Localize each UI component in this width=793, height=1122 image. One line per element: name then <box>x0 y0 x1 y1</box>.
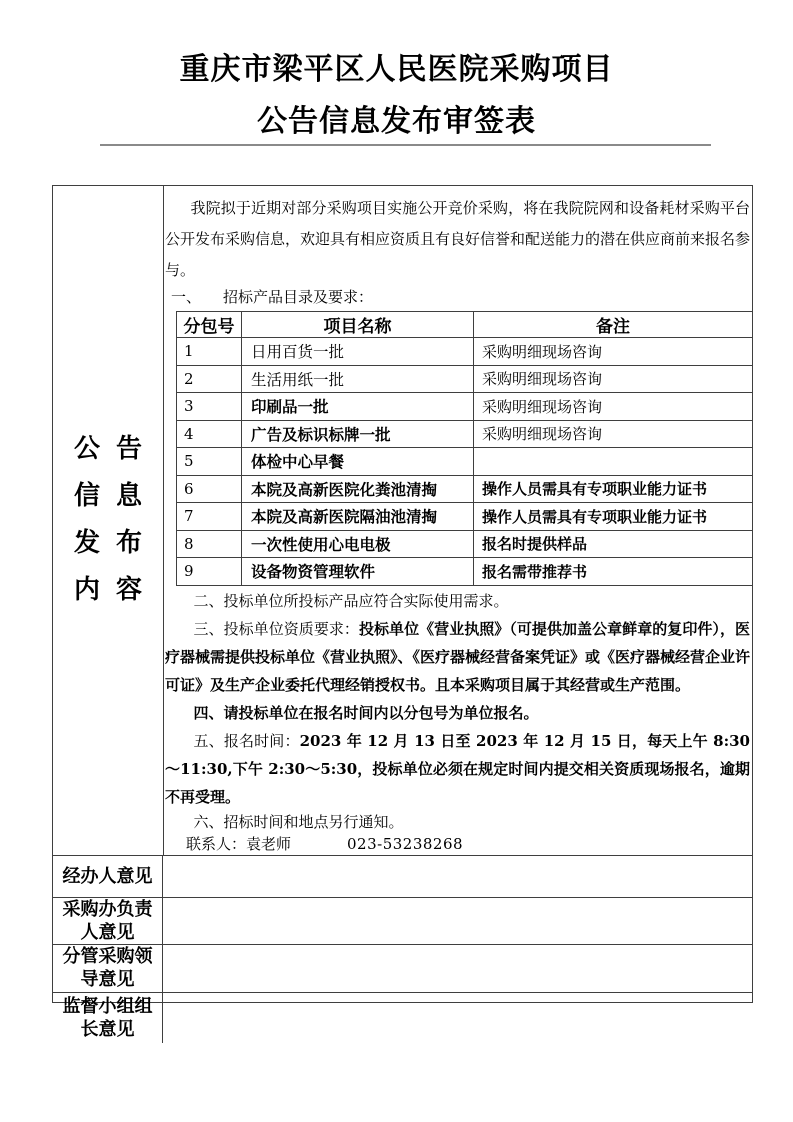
remark: 操作人员需具有专项职业能力证书 <box>474 475 753 503</box>
content-label-line: 内容 <box>74 567 158 614</box>
package-no: 9 <box>177 558 242 586</box>
sign-label-supervision-group: 监督小组组长意见 <box>53 993 163 1043</box>
contact-line: 联系人：袁老师023-53238268 <box>165 833 750 855</box>
section1-number: 一、 <box>171 288 201 306</box>
project-name: 日用百货一批 <box>242 338 474 366</box>
sign-label-leader: 分管采购领导意见 <box>53 945 163 992</box>
note-6-text: 六、招标时间和地点另行通知。 <box>194 813 404 831</box>
section1-title: 招标产品目录及要求： <box>223 288 373 306</box>
note-3: 三、投标单位资质要求：投标单位《营业执照》（可提供加盖公章鲜章的复印件），医疗器… <box>165 615 750 699</box>
sign-row-procurement-office: 采购办负责人意见 <box>53 897 752 944</box>
remark: 操作人员需具有专项职业能力证书 <box>474 503 753 531</box>
package-no: 8 <box>177 530 242 558</box>
package-no: 7 <box>177 503 242 531</box>
sign-space-procurement-office <box>163 898 752 944</box>
package-no: 6 <box>177 475 242 503</box>
project-name: 一次性使用心电电极 <box>242 530 474 558</box>
note-3-prefix: 三、投标单位资质要求： <box>194 620 359 638</box>
note-5-prefix: 五、报名时间： <box>194 732 300 750</box>
col-header-project-name: 项目名称 <box>242 312 474 338</box>
product-table: 分包号 项目名称 备注 1 日用百货一批 采购明细现场咨询 2 <box>176 311 752 586</box>
product-table-header-row: 分包号 项目名称 备注 <box>177 312 753 338</box>
remark: 采购明细现场咨询 <box>474 338 753 366</box>
note-4: 四、请投标单位在报名时间内以分包号为单位报名。 <box>165 699 750 727</box>
sign-row-leader: 分管采购领导意见 <box>53 944 752 992</box>
sign-label-procurement-office: 采购办负责人意见 <box>53 898 163 944</box>
document-subtitle: 公告信息发布审签表 <box>0 104 793 140</box>
package-no: 3 <box>177 393 242 421</box>
contact-phone: 023-53238268 <box>347 835 463 853</box>
project-name: 设备物资管理软件 <box>242 558 474 586</box>
contact-person: 联系人：袁老师 <box>186 835 291 853</box>
package-no: 4 <box>177 420 242 448</box>
sign-row-supervision-group: 监督小组组长意见 <box>53 992 752 1043</box>
announcement-content-cell: 我院拟于近期对部分采购项目实施公开竞价采购，将在我院院网和设备耗材采购平台公开发… <box>164 186 752 855</box>
section1-heading: 一、招标产品目录及要求： <box>165 286 750 308</box>
project-name: 本院及高新医院隔油池清掏 <box>242 503 474 531</box>
col-header-remark: 备注 <box>474 312 753 338</box>
remark: 报名需带推荐书 <box>474 558 753 586</box>
note-2-text: 二、投标单位所投标产品应符合实际使用需求。 <box>194 592 509 610</box>
project-name: 广告及标识标牌一批 <box>242 420 474 448</box>
project-name: 生活用纸一批 <box>242 365 474 393</box>
project-name: 体检中心早餐 <box>242 448 474 476</box>
remark: 采购明细现场咨询 <box>474 393 753 421</box>
project-name: 本院及高新医院化粪池清掏 <box>242 475 474 503</box>
note-5: 五、报名时间：2023 年 12 月 13 日至 2023 年 12 月 15 … <box>165 727 750 811</box>
sign-space-handler <box>163 856 752 897</box>
content-label-line: 公告 <box>74 426 158 473</box>
sign-space-leader <box>163 945 752 992</box>
announcement-content-row: 公告 信息 发布 内容 我院拟于近期对部分采购项目实施公开竞价采购，将在我院院网… <box>53 186 752 855</box>
remark <box>474 448 753 476</box>
sign-row-handler: 经办人意见 <box>53 855 752 897</box>
note-6: 六、招标时间和地点另行通知。 <box>165 811 750 833</box>
content-label-line: 信息 <box>74 473 158 520</box>
project-name: 印刷品一批 <box>242 393 474 421</box>
approval-form-table: 公告 信息 发布 内容 我院拟于近期对部分采购项目实施公开竞价采购，将在我院院网… <box>52 185 753 1003</box>
title-underline <box>100 144 711 146</box>
table-row: 5 体检中心早餐 <box>177 448 753 476</box>
table-row: 7 本院及高新医院隔油池清掏 操作人员需具有专项职业能力证书 <box>177 503 753 531</box>
remark: 采购明细现场咨询 <box>474 420 753 448</box>
table-row: 3 印刷品一批 采购明细现场咨询 <box>177 393 753 421</box>
intro-paragraph: 我院拟于近期对部分采购项目实施公开竞价采购，将在我院院网和设备耗材采购平台公开发… <box>165 193 750 286</box>
package-no: 2 <box>177 365 242 393</box>
note-2: 二、投标单位所投标产品应符合实际使用需求。 <box>165 587 750 615</box>
table-row: 6 本院及高新医院化粪池清掏 操作人员需具有专项职业能力证书 <box>177 475 753 503</box>
table-row: 2 生活用纸一批 采购明细现场咨询 <box>177 365 753 393</box>
table-row: 8 一次性使用心电电极 报名时提供样品 <box>177 530 753 558</box>
note-4-text: 四、请投标单位在报名时间内以分包号为单位报名。 <box>194 704 539 722</box>
remark: 报名时提供样品 <box>474 530 753 558</box>
table-row: 4 广告及标识标牌一批 采购明细现场咨询 <box>177 420 753 448</box>
content-label-cell: 公告 信息 发布 内容 <box>53 186 164 855</box>
document-title: 重庆市梁平区人民医院采购项目 <box>0 52 793 88</box>
package-no: 5 <box>177 448 242 476</box>
remark: 采购明细现场咨询 <box>474 365 753 393</box>
sign-label-handler: 经办人意见 <box>53 856 163 897</box>
document-page: 重庆市梁平区人民医院采购项目 公告信息发布审签表 公告 信息 发布 内容 我院拟… <box>0 0 793 1122</box>
package-no: 1 <box>177 338 242 366</box>
content-label-line: 发布 <box>74 520 158 567</box>
table-row: 9 设备物资管理软件 报名需带推荐书 <box>177 558 753 586</box>
sign-space-supervision-group <box>163 993 752 1043</box>
table-row: 1 日用百货一批 采购明细现场咨询 <box>177 338 753 366</box>
notes-section: 二、投标单位所投标产品应符合实际使用需求。 三、投标单位资质要求：投标单位《营业… <box>165 587 750 855</box>
col-header-package-no: 分包号 <box>177 312 242 338</box>
